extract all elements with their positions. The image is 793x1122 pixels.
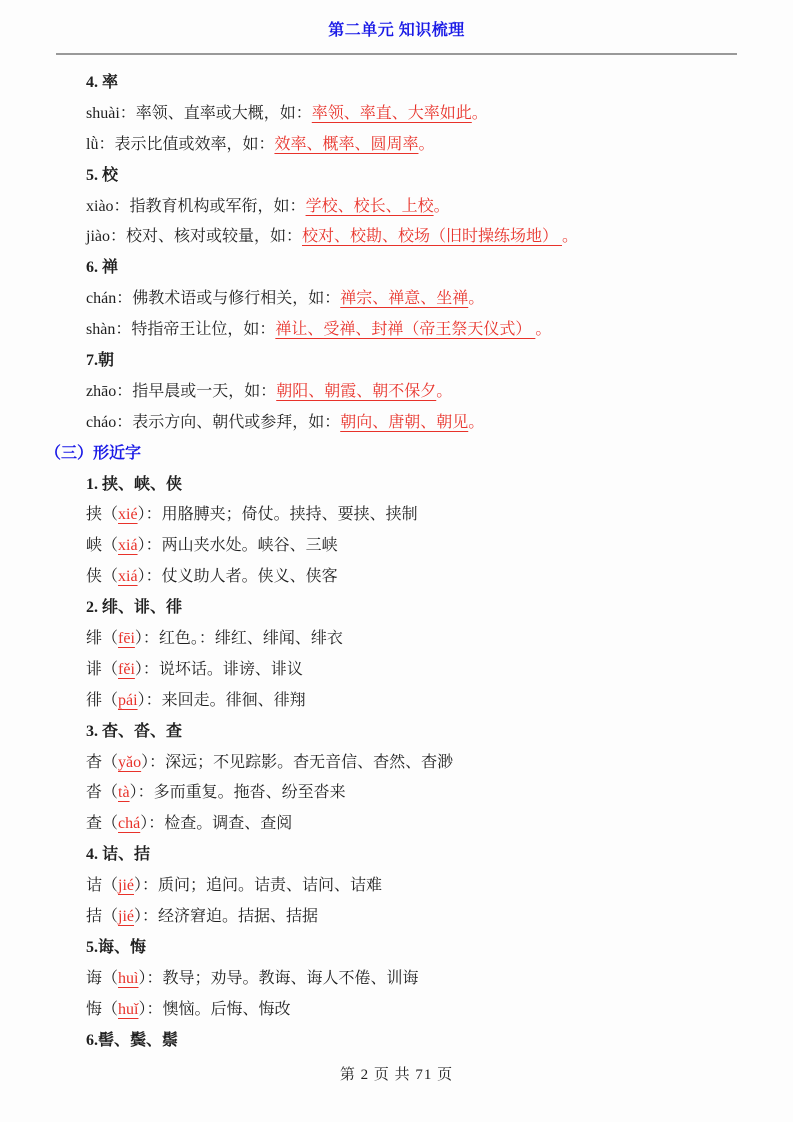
text-line: 悔（huǐ）：懊恼。后悔、悔改 bbox=[86, 995, 753, 1026]
item-heading: 5.诲、悔 bbox=[86, 933, 753, 964]
page-header-title: 第二单元 知识梳理 bbox=[328, 20, 465, 42]
highlighted-example-text: 朝阳、朝霞、朝不保夕 bbox=[276, 383, 436, 400]
plain-text: （三）形近字 bbox=[45, 445, 141, 462]
plain-text: 诘（ bbox=[86, 877, 118, 894]
highlighted-example-text: 禅宗、禅意、坐禅 bbox=[340, 290, 468, 307]
plain-text: 5. 校 bbox=[86, 167, 118, 184]
highlighted-example-text: yǎo bbox=[118, 754, 141, 771]
highlighted-example-text: 禅让、受禅、封禅（帝王祭天仪式） bbox=[275, 321, 535, 338]
plain-text: 徘（ bbox=[86, 692, 118, 709]
text-line: 峡（xiá）：两山夹水处。峡谷、三峡 bbox=[86, 531, 753, 562]
plain-text: ）：用胳膊夹；倚仗。挟持、要挟、挟制 bbox=[138, 506, 418, 523]
item-heading: 6. 禅 bbox=[86, 253, 753, 284]
plain-text: 诲（ bbox=[86, 970, 118, 987]
text-line: jiào：校对、核对或较量，如：校对、校勘、校场（旧时操练场地） 。 bbox=[86, 222, 753, 253]
highlighted-example-text: chá bbox=[118, 815, 140, 832]
item-heading: 5. 校 bbox=[86, 161, 753, 192]
plain-text: shuài：率领、直率或大概，如： bbox=[86, 105, 312, 122]
text-line: 徘（pái）：来回走。徘徊、徘翔 bbox=[86, 686, 753, 717]
plain-text: 绯（ bbox=[86, 630, 118, 647]
item-heading: 4. 率 bbox=[86, 68, 753, 99]
highlighted-example-text: jié bbox=[118, 908, 134, 925]
item-heading: 4. 诘、拮 bbox=[86, 840, 753, 871]
item-heading: 6.髻、鬓、鬃 bbox=[86, 1026, 753, 1057]
red-punctuation: 。 bbox=[434, 198, 450, 215]
red-punctuation: 。 bbox=[418, 136, 434, 153]
text-line: 诘（jié）：质问；追问。诘责、诘问、诘难 bbox=[86, 871, 753, 902]
plain-text: ）：说坏话。诽谤、诽议 bbox=[135, 661, 303, 678]
text-line: cháo：表示方向、朝代或参拜，如：朝向、唐朝、朝见。 bbox=[86, 408, 753, 439]
page-header: 第二单元 知识梳理 bbox=[0, 0, 793, 42]
plain-text: 杳（ bbox=[86, 754, 118, 771]
text-line: 诲（huì）：教导；劝导。教诲、诲人不倦、训诲 bbox=[86, 964, 753, 995]
text-line: zhāo：指早晨或一天，如：朝阳、朝霞、朝不保夕。 bbox=[86, 377, 753, 408]
plain-text: 诽（ bbox=[86, 661, 118, 678]
highlighted-example-text: 率领、率直、大率如此 bbox=[312, 105, 472, 122]
red-punctuation: 。 bbox=[468, 414, 484, 431]
plain-text: ）：来回走。徘徊、徘翔 bbox=[138, 692, 306, 709]
text-line: 侠（xiá）：仗义助人者。侠义、侠客 bbox=[86, 562, 753, 593]
text-line: shàn：特指帝王让位，如：禅让、受禅、封禅（帝王祭天仪式） 。 bbox=[86, 315, 753, 346]
plain-text: 侠（ bbox=[86, 568, 118, 585]
plain-text: cháo：表示方向、朝代或参拜，如： bbox=[86, 414, 340, 431]
plain-text: shàn：特指帝王让位，如： bbox=[86, 321, 275, 338]
plain-text: 拮（ bbox=[86, 908, 118, 925]
text-line: 沓（tà）：多而重复。拖沓、纷至沓来 bbox=[86, 778, 753, 809]
plain-text: 峡（ bbox=[86, 537, 118, 554]
plain-text: ）：教导；劝导。教诲、诲人不倦、训诲 bbox=[138, 970, 418, 987]
text-line: 拮（jié）：经济窘迫。拮据、拮据 bbox=[86, 902, 753, 933]
highlighted-example-text: fēi bbox=[118, 630, 135, 647]
red-punctuation: 。 bbox=[535, 321, 551, 338]
highlighted-example-text: 朝向、唐朝、朝见 bbox=[340, 414, 468, 431]
plain-text: 查（ bbox=[86, 815, 118, 832]
text-line: xiào：指教育机构或军衔，如：学校、校长、上校。 bbox=[86, 192, 753, 223]
page-footer: 第 2 页 共 71 页 bbox=[0, 1063, 793, 1084]
highlighted-example-text: tà bbox=[118, 784, 130, 801]
plain-text: 1. 挟、峡、侠 bbox=[86, 476, 182, 493]
plain-text: ）：经济窘迫。拮据、拮据 bbox=[134, 908, 318, 925]
item-heading: 1. 挟、峡、侠 bbox=[86, 470, 753, 501]
plain-text: jiào：校对、核对或较量，如： bbox=[86, 228, 302, 245]
highlighted-example-text: jié bbox=[118, 877, 134, 894]
plain-text: ）：红色。：绯红、绯闻、绯衣 bbox=[135, 630, 343, 647]
plain-text: 6. 禅 bbox=[86, 259, 118, 276]
plain-text: 4. 诘、拮 bbox=[86, 846, 150, 863]
plain-text: 悔（ bbox=[86, 1001, 118, 1018]
text-line: shuài：率领、直率或大概，如：率领、率直、大率如此。 bbox=[86, 99, 753, 130]
highlighted-example-text: huǐ bbox=[118, 1001, 138, 1018]
highlighted-example-text: 效率、概率、圆周率 bbox=[274, 136, 418, 153]
item-heading: 7.朝 bbox=[86, 346, 753, 377]
red-punctuation: 。 bbox=[468, 290, 484, 307]
item-heading: 3. 杳、沓、查 bbox=[86, 717, 753, 748]
red-punctuation: 。 bbox=[472, 105, 488, 122]
plain-text: ）：质问；追问。诘责、诘问、诘难 bbox=[134, 877, 382, 894]
plain-text: zhāo：指早晨或一天，如： bbox=[86, 383, 276, 400]
text-line: 查（chá）：检查。调查、查阅 bbox=[86, 809, 753, 840]
document-page: 第二单元 知识梳理 4. 率shuài：率领、直率或大概，如：率领、率直、大率如… bbox=[0, 0, 793, 1122]
highlighted-example-text: xié bbox=[118, 506, 138, 523]
text-line: 绯（fēi）：红色。：绯红、绯闻、绯衣 bbox=[86, 624, 753, 655]
plain-text: 4. 率 bbox=[86, 74, 118, 91]
highlighted-example-text: huì bbox=[118, 970, 138, 987]
plain-text: ）：懊恼。后悔、悔改 bbox=[138, 1001, 290, 1018]
plain-text: ）：仗义助人者。侠义、侠客 bbox=[138, 568, 338, 585]
plain-text: ）：两山夹水处。峡谷、三峡 bbox=[138, 537, 338, 554]
highlighted-example-text: 校对、校勘、校场（旧时操练场地） bbox=[302, 228, 562, 245]
plain-text: ）：检查。调查、查阅 bbox=[140, 815, 292, 832]
plain-text: lǜ：表示比值或效率，如： bbox=[86, 136, 274, 153]
text-line: 挟（xié）：用胳膊夹；倚仗。挟持、要挟、挟制 bbox=[86, 500, 753, 531]
plain-text: ）：深远；不见踪影。杳无音信、杳然、杳渺 bbox=[141, 754, 453, 771]
text-line: chán：佛教术语或与修行相关，如：禅宗、禅意、坐禅。 bbox=[86, 284, 753, 315]
plain-text: 沓（ bbox=[86, 784, 118, 801]
plain-text: xiào：指教育机构或军衔，如： bbox=[86, 198, 306, 215]
highlighted-example-text: xiá bbox=[118, 537, 138, 554]
text-line: 杳（yǎo）：深远；不见踪影。杳无音信、杳然、杳渺 bbox=[86, 748, 753, 779]
plain-text: 挟（ bbox=[86, 506, 118, 523]
text-line: lǜ：表示比值或效率，如：效率、概率、圆周率。 bbox=[86, 130, 753, 161]
section-heading: （三）形近字 bbox=[45, 439, 753, 470]
highlighted-example-text: pái bbox=[118, 692, 138, 709]
plain-text: chán：佛教术语或与修行相关，如： bbox=[86, 290, 340, 307]
highlighted-example-text: fěi bbox=[118, 661, 135, 678]
document-content: 4. 率shuài：率领、直率或大概，如：率领、率直、大率如此。lǜ：表示比值或… bbox=[0, 55, 793, 1057]
plain-text: 5.诲、悔 bbox=[86, 939, 146, 956]
plain-text: 6.髻、鬓、鬃 bbox=[86, 1032, 178, 1049]
plain-text: 2. 绯、诽、徘 bbox=[86, 599, 182, 616]
highlighted-example-text: 学校、校长、上校 bbox=[306, 198, 434, 215]
plain-text: 3. 杳、沓、查 bbox=[86, 723, 182, 740]
highlighted-example-text: xiá bbox=[118, 568, 138, 585]
plain-text: 7.朝 bbox=[86, 352, 114, 369]
plain-text: ）：多而重复。拖沓、纷至沓来 bbox=[130, 784, 346, 801]
red-punctuation: 。 bbox=[562, 228, 578, 245]
red-punctuation: 。 bbox=[436, 383, 452, 400]
item-heading: 2. 绯、诽、徘 bbox=[86, 593, 753, 624]
text-line: 诽（fěi）：说坏话。诽谤、诽议 bbox=[86, 655, 753, 686]
